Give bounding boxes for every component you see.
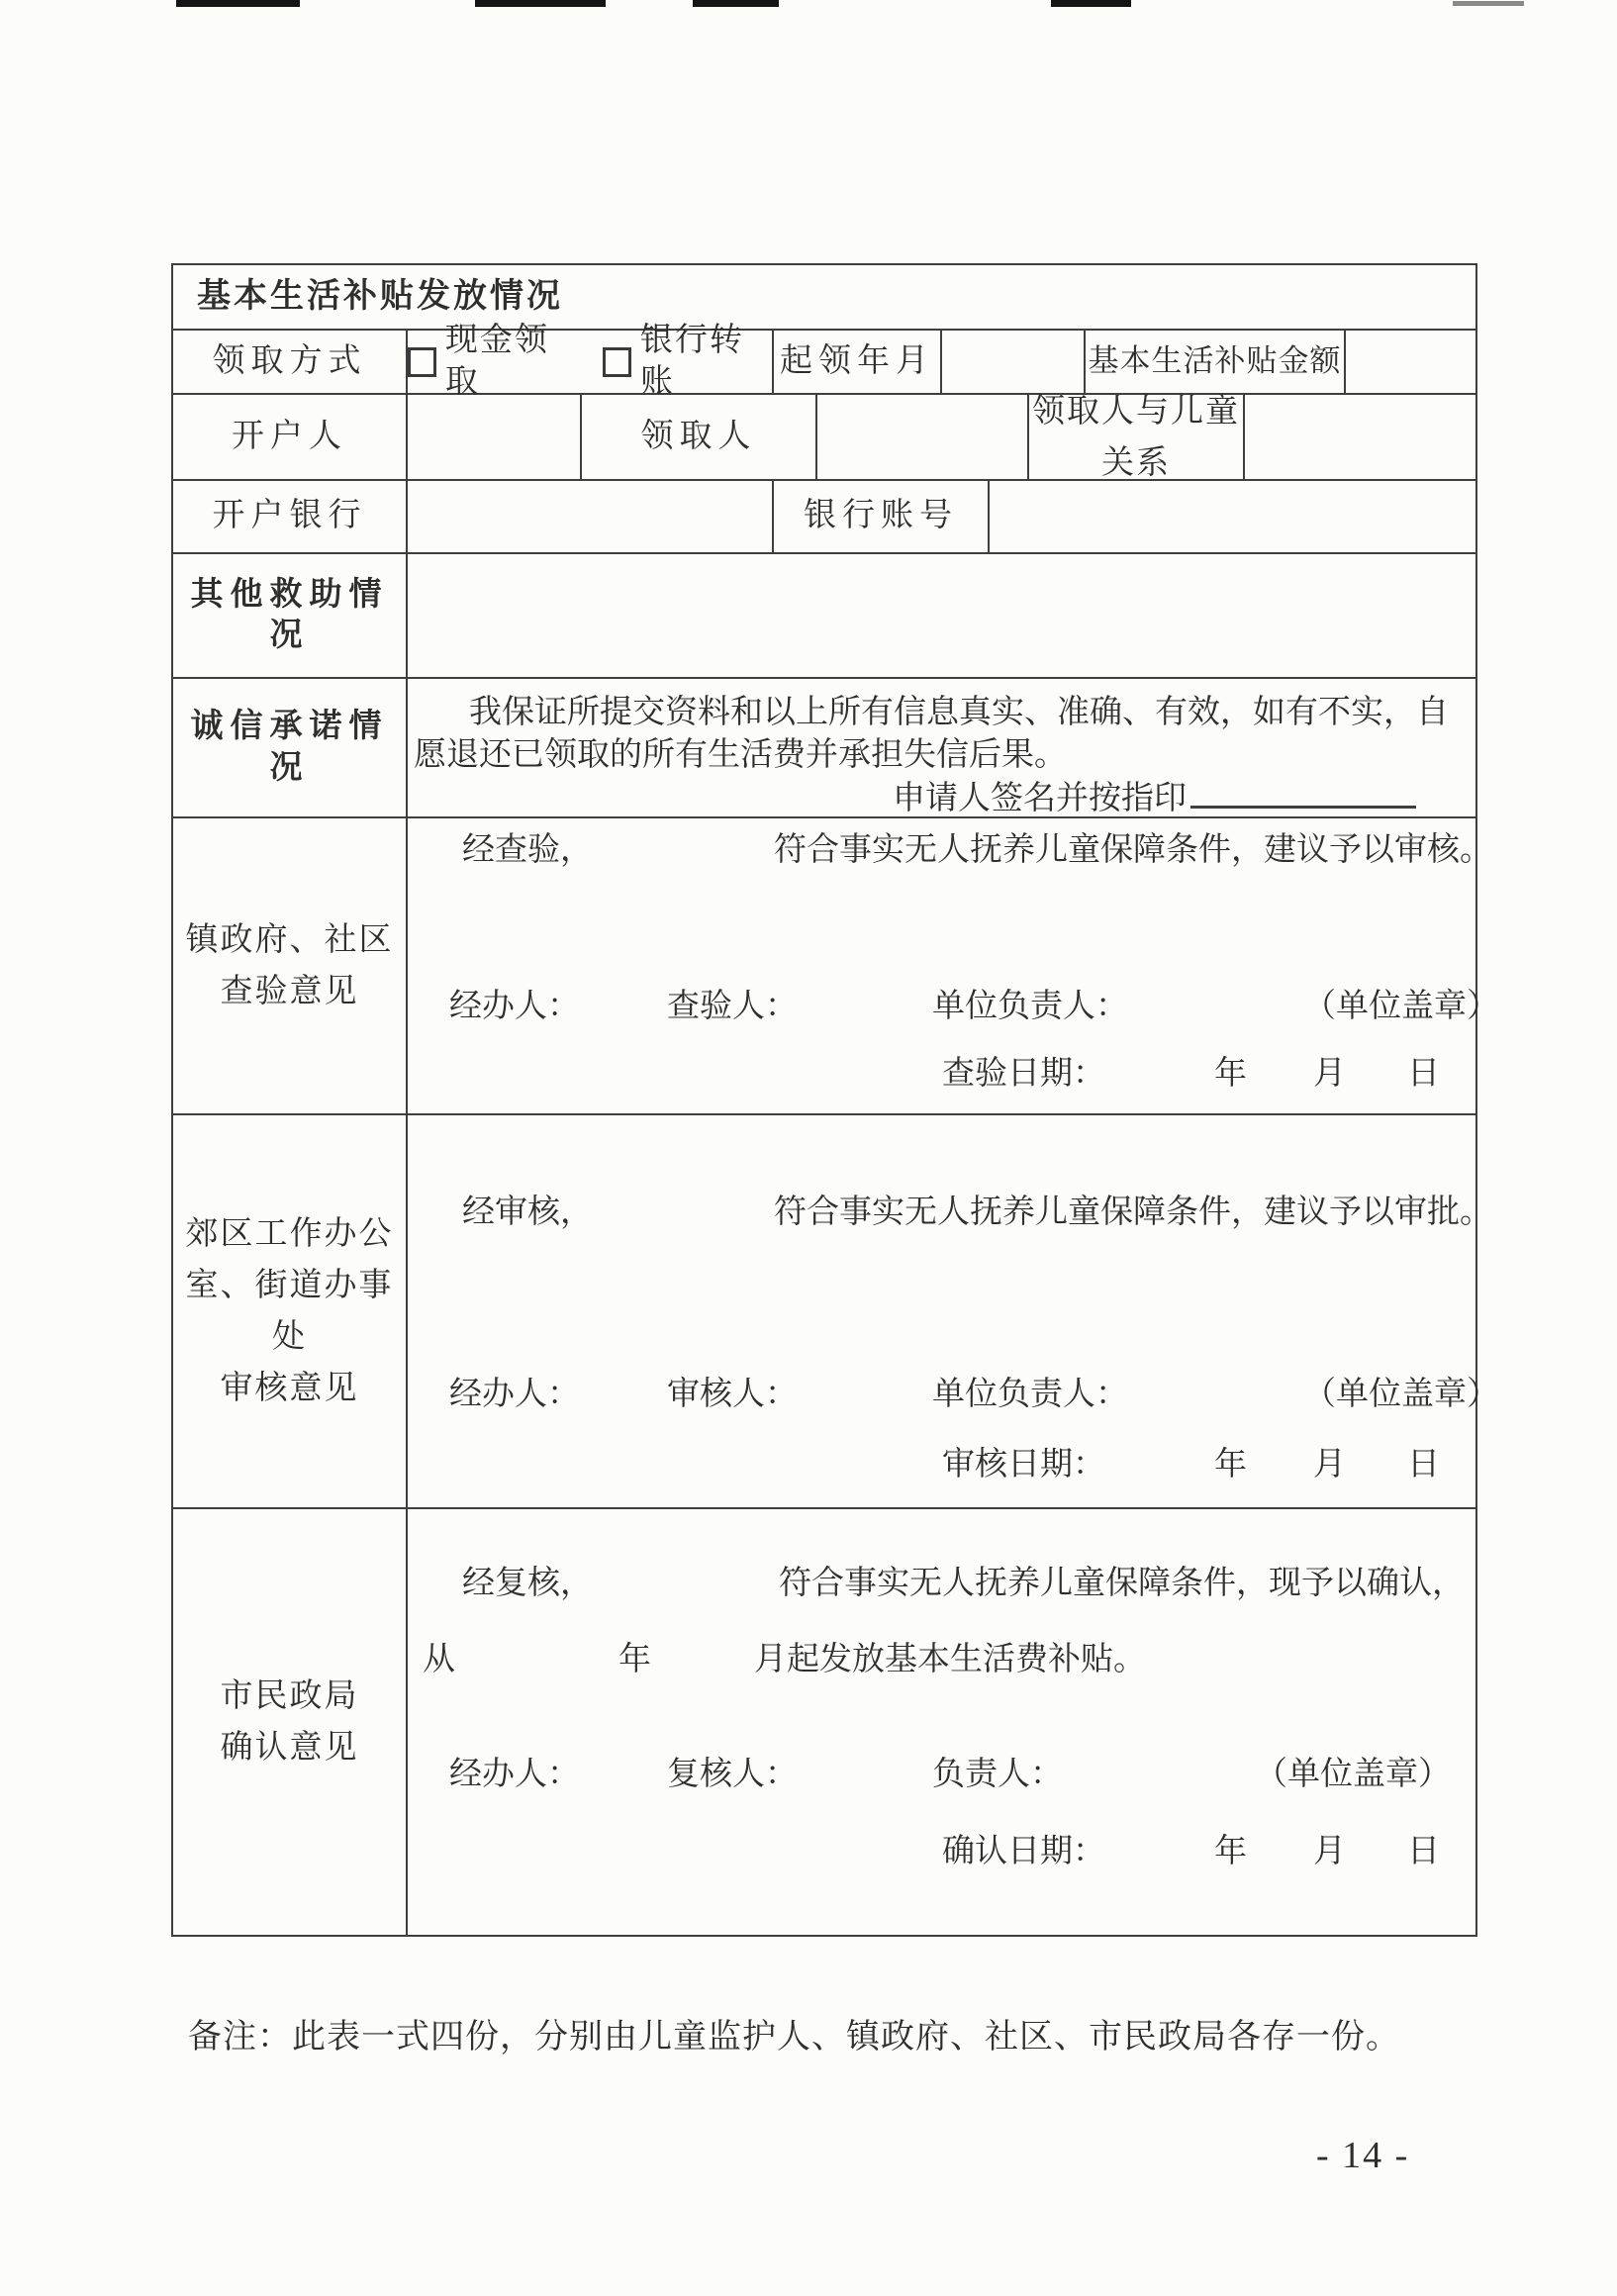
table-row-city-confirm: 市民政局 确认意见 经复核， 符合事实无人抚养儿童保障条件，现予以确认， 从 年…	[173, 1509, 1477, 1937]
district-review-statement-line: 经审核， 符合事实无人抚养儿童保障条件，建议予以审批。	[408, 1193, 1475, 1234]
day-label: 日	[1407, 1054, 1440, 1095]
table-row-town-review: 镇政府、社区 查验意见 经查验， 符合事实无人抚养儿童保障条件，建议予以审核。 …	[173, 818, 1477, 1115]
day-label: 日	[1407, 1832, 1440, 1872]
bank-name-label-cell: 开户银行	[173, 481, 408, 554]
table-row-promise: 诚信承诺情况 我保证所提交资料和以上所有信息真实、准确、有效，如有不实，自 愿退…	[173, 679, 1477, 818]
town-review-label-line2: 查验意见	[221, 966, 359, 1017]
verifier-label: 查验人：	[667, 987, 798, 1027]
town-review-content-cell: 经查验， 符合事实无人抚养儿童保障条件，建议予以审核。 经办人： 查验人： 单位…	[408, 818, 1477, 1115]
city-confirm-label-cell: 市民政局 确认意见	[173, 1509, 408, 1937]
year-label: 年	[1214, 1445, 1247, 1485]
subsidy-amount-value-field[interactable]	[1346, 331, 1477, 395]
bank-transfer-checkbox[interactable]	[603, 347, 631, 377]
scan-artifact	[475, 0, 606, 7]
bank-transfer-option-label: 银行转账	[640, 321, 772, 403]
recipient-label: 领取人	[641, 417, 757, 457]
table-title: 基本生活补贴发放情况	[173, 265, 1477, 331]
city-confirm-label-line2: 确认意见	[221, 1722, 359, 1773]
district-review-label-line2: 室、街道办事处	[173, 1260, 406, 1363]
cash-option-label: 现金领取	[445, 321, 577, 403]
table-row-district-review: 郊区工作办公 室、街道办事处 审核意见 经审核， 符合事实无人抚养儿童保障条件，…	[173, 1115, 1477, 1509]
table-row-other-aid: 其他救助情况	[173, 554, 1477, 679]
promise-text-line2: 愿退还已领取的所有生活费并承担失信后果。	[414, 735, 1067, 776]
relation-label-line1: 领取人与儿童	[1032, 386, 1240, 437]
district-review-date-line: 审核日期： 年 月 日	[408, 1445, 1475, 1486]
scan-artifact	[693, 0, 779, 7]
other-aid-label: 其他救助情况	[173, 575, 406, 657]
start-month-label: 起领年月	[780, 341, 934, 382]
year-label: 年	[1214, 1832, 1247, 1872]
bank-name-value-field[interactable]	[408, 481, 774, 554]
relation-label-cell: 领取人与儿童 关系	[1029, 395, 1245, 481]
town-review-statement: 符合事实无人抚养儿童保障条件，建议予以审核。	[774, 830, 1492, 871]
year-label: 年	[1214, 1054, 1247, 1095]
day-label: 日	[1407, 1445, 1440, 1485]
subsidy-amount-label: 基本生活补贴金额	[1089, 342, 1342, 381]
sign-label: 申请人签名并按指印	[893, 781, 1187, 816]
city-confirm-date-line: 确认日期： 年 月 日	[408, 1832, 1475, 1873]
bank-transfer-option: 银行转账	[603, 321, 772, 403]
page-number: - 14 -	[1316, 2134, 1409, 2177]
promise-text-line1: 我保证所提交资料和以上所有信息真实、准确、有效，如有不实，自	[469, 693, 1449, 733]
reviewer-label: 复核人：	[667, 1755, 798, 1795]
from-label: 从	[423, 1640, 455, 1680]
table-row-payment: 领取方式 现金领取 银行转账 起领年月	[173, 331, 1477, 395]
district-review-statement: 符合事实无人抚养儿童保障条件，建议予以审批。	[774, 1193, 1492, 1233]
from-year-label: 年	[618, 1640, 651, 1680]
promise-label: 诚信承诺情况	[173, 707, 406, 789]
city-confirm-prefix: 经复核，	[462, 1564, 593, 1604]
bank-name-label: 开户银行	[213, 496, 367, 536]
promise-label-cell: 诚信承诺情况	[173, 679, 408, 818]
payment-method-label-cell: 领取方式	[173, 331, 408, 395]
month-label: 月	[1313, 1445, 1346, 1485]
audit-date-label: 审核日期：	[942, 1445, 1105, 1485]
remark-note: 备注：此表一式四份，分别由儿童监护人、镇政府、社区、市民政局各存一份。	[188, 2009, 1400, 2057]
from-month-statement: 月起发放基本生活费补贴。	[754, 1640, 1146, 1680]
town-review-prefix: 经查验，	[462, 830, 593, 871]
signature-line[interactable]	[1190, 776, 1416, 809]
bank-account-label-cell: 银行账号	[774, 481, 990, 554]
other-aid-label-cell: 其他救助情况	[173, 554, 408, 679]
check-date-label: 查验日期：	[942, 1054, 1105, 1095]
auditor-label: 审核人：	[667, 1375, 798, 1415]
cash-option: 现金领取	[408, 321, 577, 403]
month-label: 月	[1313, 1832, 1346, 1872]
district-review-prefix: 经审核，	[462, 1193, 593, 1233]
scan-artifact	[176, 0, 300, 7]
promise-content-cell: 我保证所提交资料和以上所有信息真实、准确、有效，如有不实，自 愿退还已领取的所有…	[408, 679, 1477, 818]
city-confirm-signers-line: 经办人： 复核人： 负责人： （单位盖章）	[408, 1755, 1475, 1796]
operator-label: 经办人：	[449, 1375, 580, 1415]
promise-sign-row: 申请人签名并按指印	[893, 776, 1416, 819]
leader-label: 负责人：	[932, 1755, 1063, 1795]
table-row-bank: 开户银行 银行账号	[173, 481, 1477, 554]
city-confirm-label-line1: 市民政局	[221, 1671, 359, 1722]
town-review-signers-line: 经办人： 查验人： 单位负责人： （单位盖章）	[408, 987, 1475, 1028]
town-review-label-cell: 镇政府、社区 查验意见	[173, 818, 408, 1115]
payment-method-options-cell: 现金领取 银行转账	[408, 331, 774, 395]
town-review-statement-line: 经查验， 符合事实无人抚养儿童保障条件，建议予以审核。	[408, 830, 1475, 872]
account-holder-value-field[interactable]	[408, 395, 582, 481]
city-confirm-statement-line: 经复核， 符合事实无人抚养儿童保障条件，现予以确认，	[408, 1564, 1475, 1605]
bank-account-label: 银行账号	[804, 496, 958, 536]
unit-leader-label: 单位负责人：	[932, 1375, 1128, 1415]
district-review-signers-line: 经办人： 审核人： 单位负责人： （单位盖章）	[408, 1375, 1475, 1416]
bank-account-value-field[interactable]	[990, 481, 1477, 554]
recipient-label-cell: 领取人	[582, 395, 817, 481]
town-review-label-line1: 镇政府、社区	[186, 914, 394, 966]
city-confirm-content-cell: 经复核， 符合事实无人抚养儿童保障条件，现予以确认， 从 年 月起发放基本生活费…	[408, 1509, 1477, 1937]
subsidy-distribution-table: 基本生活补贴发放情况 领取方式 现金领取 银行转账	[171, 263, 1477, 1937]
confirm-date-label: 确认日期：	[942, 1832, 1105, 1872]
table-row-title: 基本生活补贴发放情况	[173, 265, 1477, 331]
unit-seal-label: （单位盖章）	[1303, 1375, 1499, 1415]
month-label: 月	[1313, 1054, 1346, 1095]
operator-label: 经办人：	[449, 1755, 580, 1795]
start-month-label-cell: 起领年月	[774, 331, 942, 395]
district-review-label-cell: 郊区工作办公 室、街道办事处 审核意见	[173, 1115, 408, 1509]
table-row-account: 开户人 领取人 领取人与儿童 关系	[173, 395, 1477, 481]
cash-checkbox[interactable]	[408, 347, 436, 377]
unit-seal-label: （单位盖章）	[1303, 987, 1499, 1027]
city-confirm-statement: 符合事实无人抚养儿童保障条件，现予以确认，	[779, 1564, 1465, 1604]
district-review-label-line3: 审核意见	[221, 1363, 359, 1414]
scanned-form-page: 基本生活补贴发放情况 领取方式 现金领取 银行转账	[0, 0, 1617, 2296]
city-confirm-from-line: 从 年 月起发放基本生活费补贴。	[408, 1640, 1475, 1681]
scan-artifact	[1453, 1, 1524, 6]
payment-method-label: 领取方式	[213, 341, 367, 382]
other-aid-value-field[interactable]	[408, 554, 1477, 679]
unit-seal-label: （单位盖章）	[1255, 1755, 1451, 1795]
operator-label: 经办人：	[449, 987, 580, 1027]
account-holder-label: 开户人	[232, 417, 347, 457]
scan-artifact	[1051, 0, 1131, 7]
district-review-label-line1: 郊区工作办公	[186, 1208, 394, 1260]
table-title-text: 基本生活补贴发放情况	[197, 276, 563, 319]
district-review-content-cell: 经审核， 符合事实无人抚养儿童保障条件，建议予以审批。 经办人： 审核人： 单位…	[408, 1115, 1477, 1509]
account-holder-label-cell: 开户人	[173, 395, 408, 481]
town-review-date-line: 查验日期： 年 月 日	[408, 1054, 1475, 1096]
relation-value-field[interactable]	[1245, 395, 1477, 481]
recipient-value-field[interactable]	[817, 395, 1029, 481]
unit-leader-label: 单位负责人：	[932, 987, 1128, 1027]
